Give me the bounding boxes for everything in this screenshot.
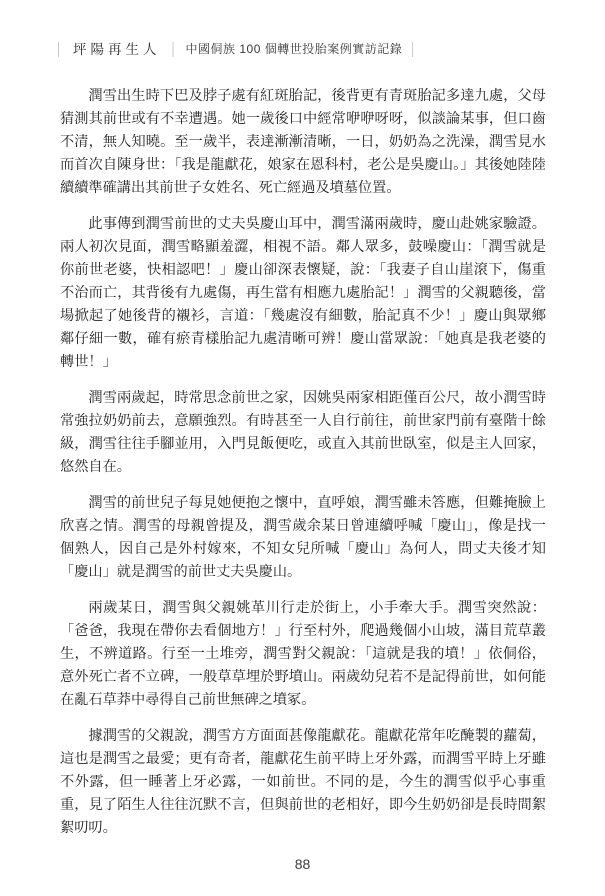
body-text: 潤雪出生時下巴及脖子處有紅斑胎記，後背更有青斑胎記多達九處，父母猜測其前世或有不…	[60, 85, 546, 853]
body-paragraph: 兩歲某日，潤雪與父親姚革川行走於街上，小手牽大手。潤雪突然說：「爸爸，我現在帶你…	[60, 597, 546, 712]
header-divider-bar: ｜	[52, 37, 65, 59]
header-divider-bar: ｜	[406, 37, 419, 59]
body-paragraph: 潤雪兩歲起，時常思念前世之家，因姚吳兩家相距僅百公尺，故小潤雪時常強拉奶奶前去，…	[60, 387, 546, 479]
book-page: ｜ 坪陽再生人 ｜ 中國侗族 100 個轉世投胎案例實訪記錄 ｜ 潤雪出生時下巴…	[0, 0, 605, 896]
body-paragraph: 據潤雪的父親說，潤雪方方面面甚像龍獻花。龍獻花常年吃醃製的蘿蔔，這也是潤雪之最愛…	[60, 725, 546, 840]
body-paragraph: 此事傳到潤雪前世的丈夫吳慶山耳中，潤雪滿兩歲時，慶山赴姚家驗證。兩人初次見面，潤…	[60, 213, 546, 374]
header-divider-bar: ｜	[167, 37, 180, 59]
book-subtitle: 中國侗族 100 個轉世投胎案例實訪記錄	[186, 40, 403, 57]
body-paragraph: 潤雪的前世兒子每見她便抱之懷中，直呼娘，潤雪雖未答應，但難掩臉上欣喜之情。潤雪的…	[60, 492, 546, 584]
running-header: ｜ 坪陽再生人 ｜ 中國侗族 100 個轉世投胎案例實訪記錄 ｜	[52, 38, 419, 58]
body-paragraph: 潤雪出生時下巴及脖子處有紅斑胎記，後背更有青斑胎記多達九處，父母猜測其前世或有不…	[60, 85, 546, 200]
page-number: 88	[0, 856, 605, 872]
book-title: 坪陽再生人	[73, 38, 161, 58]
